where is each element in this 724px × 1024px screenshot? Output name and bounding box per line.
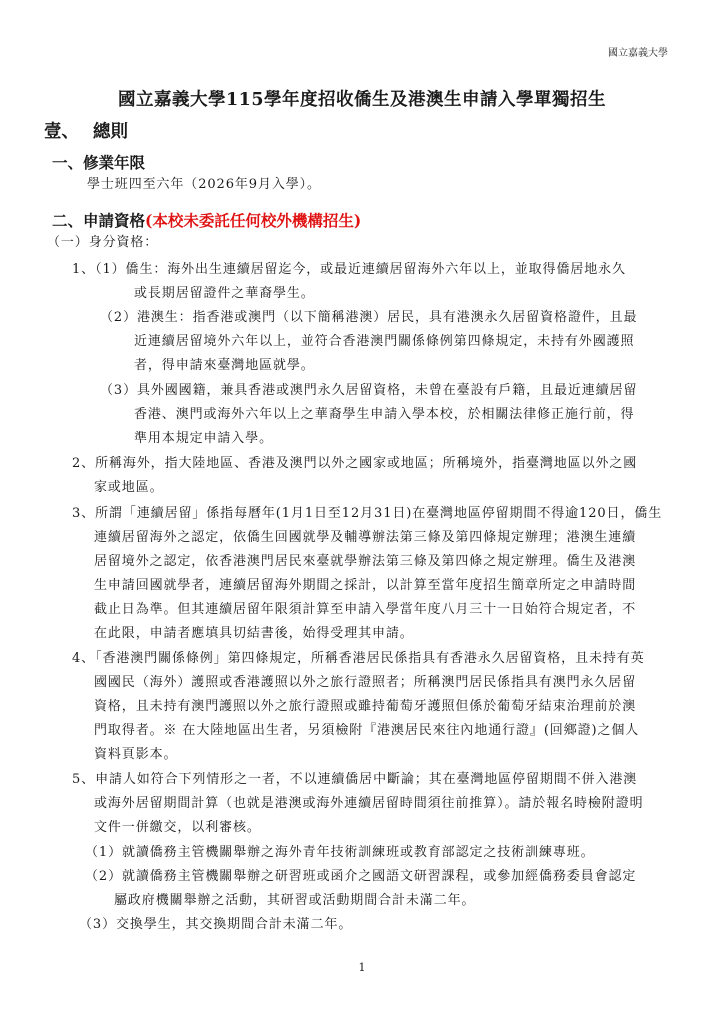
sub-heading-identity: （一）身分資格： [47,236,158,249]
section-heading-note: (本校未委託任何校外機構招生) [145,211,361,230]
clause-line: 香港、澳門或海外六年以上之華裔學生申請入學本校，於相關法律修正施行前，得 [134,408,634,421]
clause-line: 近連續居留境外六年以上，並符合香港澳門關係條例第四條規定，未持有外國護照 [134,335,634,348]
clause-line: 資料頁影本。 [94,748,177,761]
clause-line: 5、申請人如符合下列情形之一者，不以連續僑居中斷論；其在臺灣地區停留期間不併入港… [72,773,637,786]
section-text: 學士班四至六年（2026年9月入學）。 [87,178,321,191]
clause-line: 資格，且未持有澳門護照以外之旅行證照或雖持葡萄牙護照但係於葡萄牙結束治理前於澳 [94,700,636,713]
clause-line: （1）就讀僑務主管機關舉辦之海外青年技術訓練班或教育部認定之技術訓練專班。 [85,846,595,859]
clause-line: 2、所稱海外，指大陸地區、香港及澳門以外之國家或地區；所稱境外，指臺灣地區以外之… [72,457,637,470]
clause-line: 1、（1）僑生：海外出生連續居留迄今，或最近連續居留海外六年以上，並取得僑居地永… [72,263,626,276]
clause-line: 4、「香港澳門關係條例」第四條規定，所稱香港居民係指具有香港永久居留資格，且未持… [72,652,645,665]
clause-line: 在此限，申請者應填具切結書後，始得受理其申請。 [94,627,414,640]
running-header: 國立嘉義大學 [608,44,668,59]
clause-line: 3、所謂「連續居留」係指每曆年(1月1日至12月31日)在臺灣地區停留期間不得逾… [72,507,662,520]
clause-line: 或海外居留期間計算（也就是港澳或海外連續居留時間須往前推算）。請於報名時檢附證明 [94,797,644,810]
clause-line: 居留境外之認定，依香港澳門居民來臺就學辦法第三條及第四條之規定辦理。僑生及港澳 [94,555,636,568]
clause-line: 連續居留海外之認定，依僑生回國就學及輔導辦法第三條及第四條規定辦理；港澳生連續 [94,531,636,544]
clause-line: 家或地區。 [94,481,164,494]
clause-line: 或長期居留證件之華裔學生。 [134,287,315,300]
clause-line: （2）港澳生：指香港或澳門（以下簡稱港澳）居民，具有港澳永久居留資格證件，且最 [100,311,637,324]
clause-line: 截止日為準。但其連續居留年限須計算至申請入學當年度八月三十一日始符合規定者，不 [94,603,636,616]
section-heading-label: 二、申請資格 [52,211,145,230]
chapter-number: 壹、 [44,122,79,142]
clause-line: 屬政府機關舉辦之活動，其研習或活動期間合計未滿二年。 [114,894,475,907]
clause-line: （2）就讀僑務主管機關舉辦之研習班或函介之國語文研習課程，或參加經僑務委員會認定 [85,870,636,883]
section-heading-duration: 一、修業年限 [52,151,145,173]
clause-line: 者，得申請來臺灣地區就學。 [134,359,315,372]
document-page: 國立嘉義大學 國立嘉義大學115學年度招收僑生及港澳生申請入學單獨招生 壹、總則… [0,0,724,1024]
clause-line: （3）具外國國籍，兼具香港或澳門永久居留資格，未曾在臺設有戶籍，且最近連續居留 [100,384,637,397]
clause-line: 國國民（海外）護照或香港護照以外之旅行證照者；所稱澳門居民係指具有澳門永久居留 [94,676,636,689]
clause-line: （3）交換學生，其交換期間合計未滿二年。 [79,918,352,931]
clause-line: 文件一併繳交，以利審核。 [94,821,261,834]
document-title: 國立嘉義大學115學年度招收僑生及港澳生申請入學單獨招生 [0,86,724,111]
clause-line: 門取得者。※ 在大陸地區出生者，另須檢附『港澳居民來往內地通行證』(回鄉證)之個… [94,724,639,737]
page-number: 1 [0,961,724,974]
clause-line: 生申請回國就學者，連續居留海外期間之採計，以計算至當年度招生簡章所定之申請時間 [94,579,636,592]
chapter-label: 總則 [93,122,128,142]
chapter-heading: 壹、總則 [44,118,128,143]
section-heading-eligibility: 二、申請資格(本校未委託任何校外機構招生) [52,209,361,231]
clause-line: 準用本規定申請入學。 [134,432,273,445]
